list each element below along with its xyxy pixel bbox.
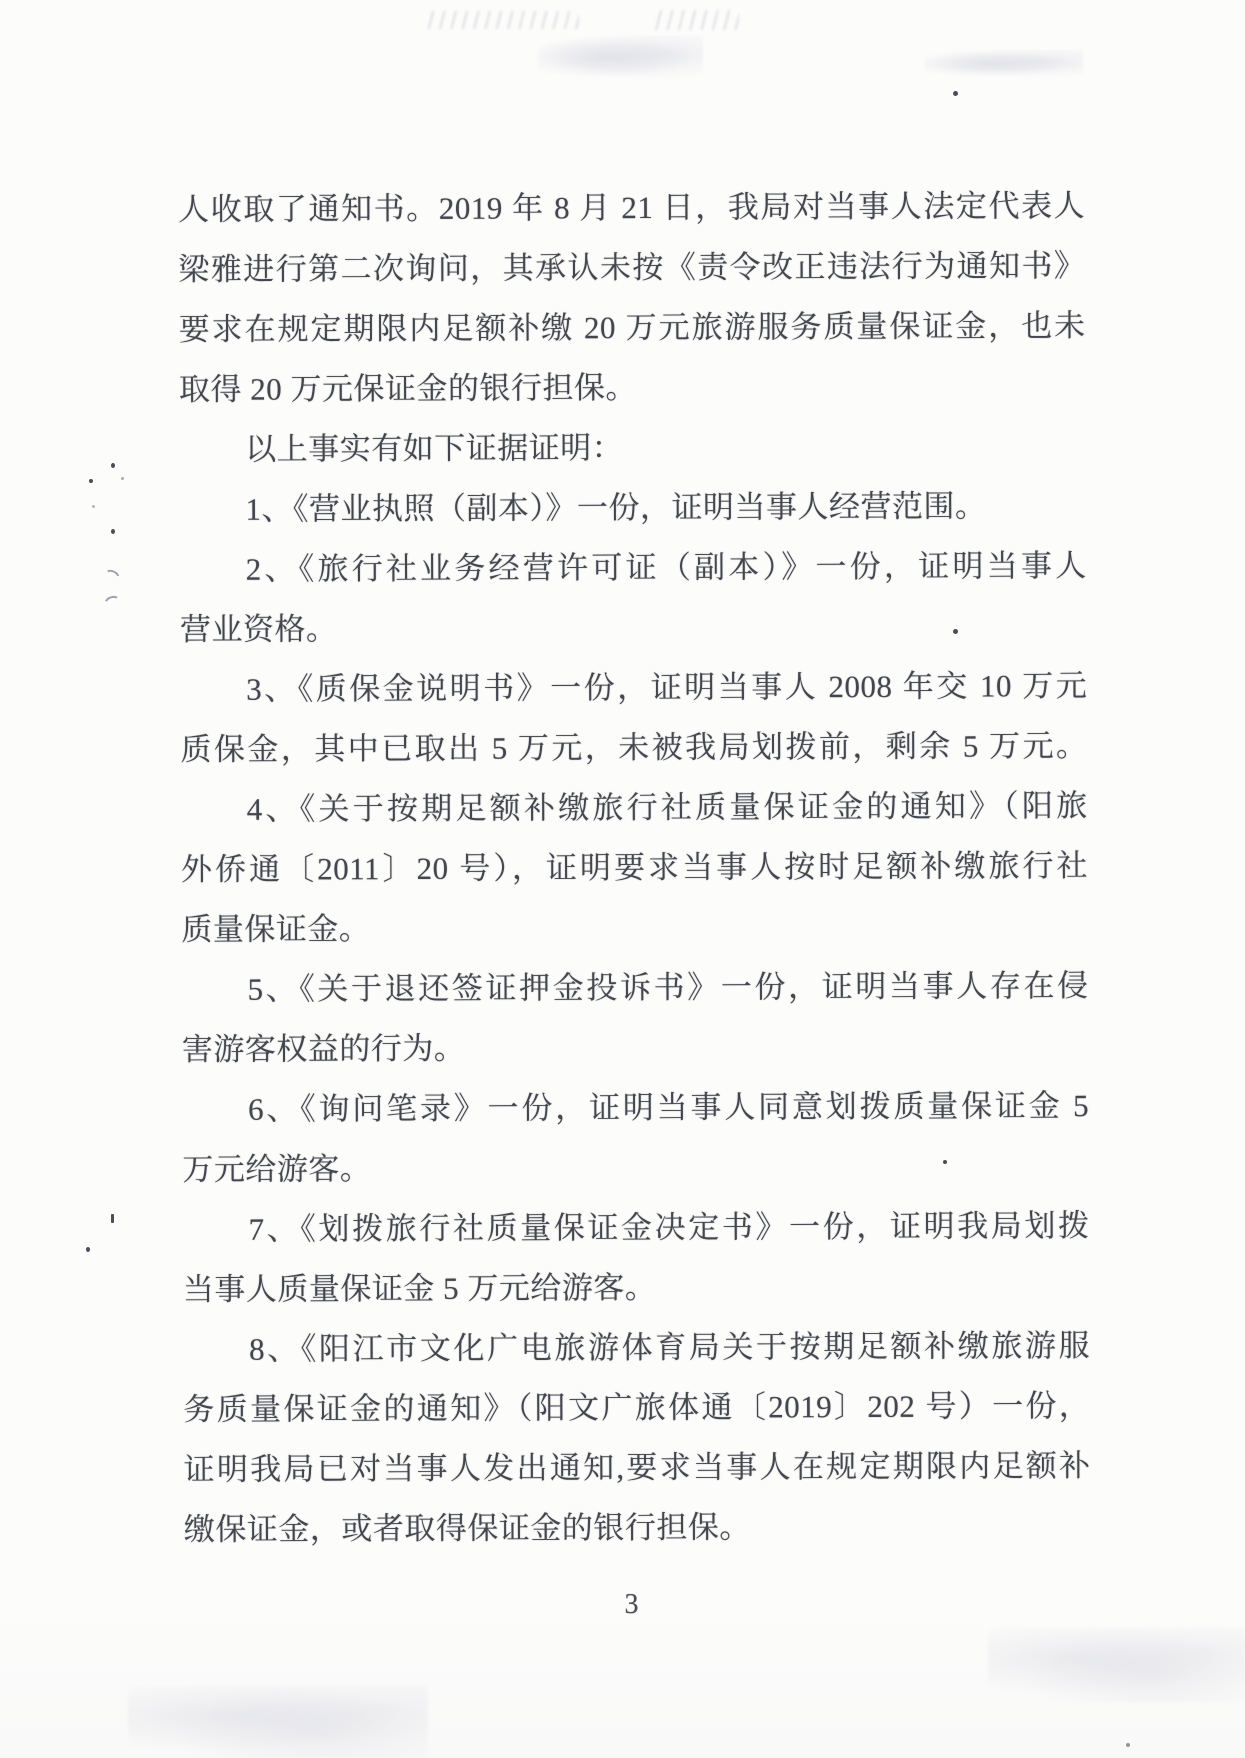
text-line: 质量保证金。 — [181, 896, 1088, 960]
text-line: 7、《划拨旅行社质量保证金决定书》一份，证明我局划拨 — [182, 1196, 1089, 1260]
scan-speckle — [111, 463, 115, 468]
text-line: 人收取了通知书。2019 年 8 月 21 日，我局对当事人法定代表人 — [178, 176, 1085, 240]
text-line: 务质量保证金的通知》（阳文广旅体通〔2019〕202 号）一份， — [183, 1376, 1090, 1440]
scan-speckle — [89, 479, 93, 483]
page-number: 3 — [178, 1575, 1085, 1635]
scan-mark — [102, 594, 124, 615]
text-line: 8、《阳江市文化广电旅游体育局关于按期足额补缴旅游服 — [183, 1316, 1090, 1380]
scan-speckle — [953, 91, 958, 96]
scan-speckle — [111, 529, 115, 534]
text-line: 营业资格。 — [180, 596, 1087, 660]
text-line: 缴保证金，或者取得保证金的银行担保。 — [184, 1496, 1091, 1560]
text-line: 梁雅进行第二次询问，其承认未按《责令改正违法行为通知书》 — [178, 236, 1085, 300]
text-line: 证明我局已对当事人发出通知,要求当事人在规定期限内足额补 — [183, 1436, 1090, 1500]
text-line: 3、《质保金说明书》一份，证明当事人 2008 年交 10 万元 — [180, 656, 1087, 720]
scan-speckle — [92, 505, 95, 508]
text-line: 害游客权益的行为。 — [182, 1016, 1089, 1080]
text-line: 4、《关于按期足额补缴旅行社质量保证金的通知》（阳旅 — [181, 776, 1088, 840]
text-line: 1、《营业执照（副本）》一份，证明当事人经营范围。 — [179, 476, 1086, 540]
document-page: 人收取了通知书。2019 年 8 月 21 日，我局对当事人法定代表人梁雅进行第… — [0, 0, 1245, 1758]
scan-speckle — [111, 1214, 114, 1223]
scan-speckle — [86, 1247, 90, 1252]
scan-mark — [100, 567, 123, 589]
text-line: 取得 20 万元保证金的银行担保。 — [179, 356, 1086, 420]
scan-smudge — [655, 10, 739, 30]
text-line: 当事人质量保证金 5 万元给游客。 — [183, 1256, 1090, 1320]
scan-speckle — [121, 477, 124, 480]
scan-speckle — [1126, 1743, 1130, 1747]
text-line: 外侨通〔2011〕20 号），证明要求当事人按时足额补缴旅行社 — [181, 836, 1088, 900]
text-line: 5、《关于退还签证押金投诉书》一份，证明当事人存在侵 — [181, 956, 1088, 1020]
text-line: 万元给游客。 — [182, 1136, 1089, 1200]
text-line: 要求在规定期限内足额补缴 20 万元旅游服务质量保证金，也未 — [179, 296, 1086, 360]
text-block: 人收取了通知书。2019 年 8 月 21 日，我局对当事人法定代表人梁雅进行第… — [178, 176, 1091, 1560]
scan-smudge — [538, 36, 703, 80]
scan-smudge — [925, 50, 1083, 78]
scan-noise — [128, 1686, 428, 1758]
text-line: 以上事实有如下证据证明： — [179, 416, 1086, 480]
text-line: 6、《询问笔录》一份，证明当事人同意划拨质量保证金 5 — [182, 1076, 1089, 1140]
text-line: 质保金，其中已取出 5 万元，未被我局划拨前，剩余 5 万元。 — [180, 716, 1087, 780]
scan-smudge — [427, 11, 579, 29]
scan-noise — [988, 1628, 1245, 1702]
text-line: 2、《旅行社业务经营许可证（副本）》一份，证明当事人 — [180, 536, 1087, 600]
